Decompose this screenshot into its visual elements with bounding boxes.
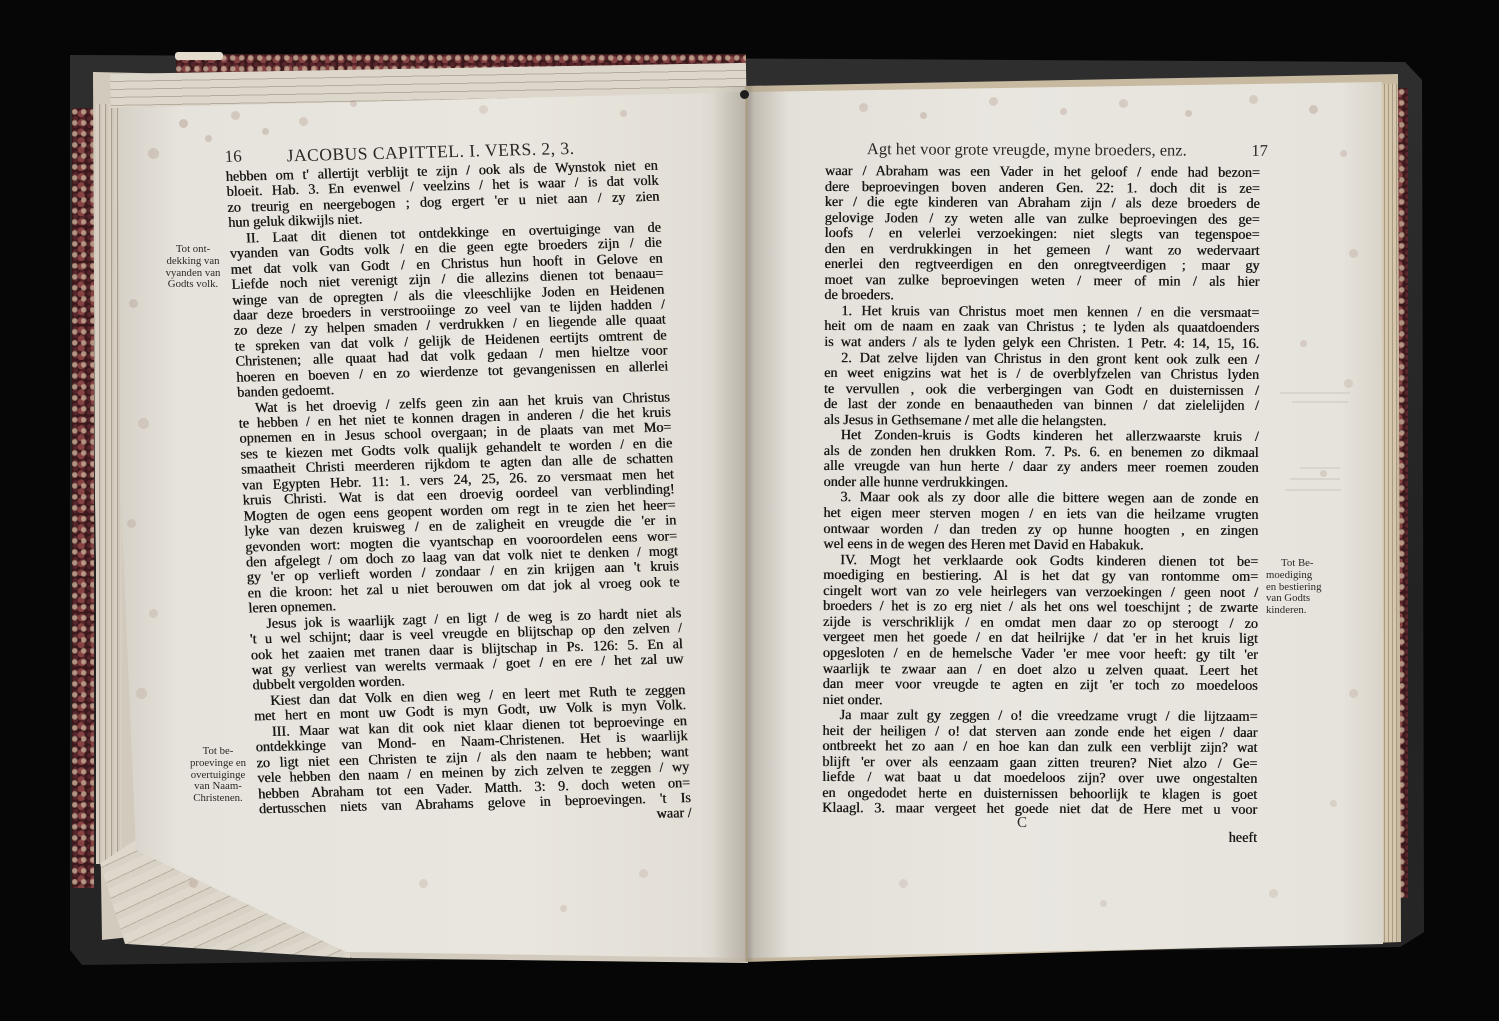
margin-note-line: dekking van [160, 256, 226, 268]
margin-note-line: proevinge en [182, 758, 254, 770]
margin-note: Tot Be- moediging en bestiering van Godt… [1266, 558, 1346, 617]
text-line: dan meer voor vreugde te agten en zijt '… [823, 677, 1258, 694]
catchword: heeft [822, 829, 1257, 846]
margin-note: Tot ont- dekking van vyanden van Godts v… [160, 244, 226, 291]
margin-note-line: kinderen. [1266, 605, 1346, 617]
margin-note: Tot be- proevinge en overtuiginge van Na… [182, 746, 254, 805]
book-gutter-shadow [712, 86, 786, 962]
foxing-spots [0, 0, 7, 7]
running-head: Agt het voor grote vreugde, myne broeder… [867, 134, 1187, 165]
page-number: 17 [1251, 136, 1268, 166]
right-page-edges [1381, 84, 1397, 942]
left-page-text-block: 16 JACOBUS CAPITTEL. I. VERS. 2, 3. hebb… [224, 133, 692, 833]
ink-spot [740, 90, 749, 99]
bleed-through-text [1285, 489, 1341, 491]
margin-note-line: Godts volk. [160, 279, 226, 291]
signature-mark: C [1017, 816, 1027, 831]
bleed-through-text [1300, 467, 1340, 469]
marbled-endpaper-left-edge [72, 108, 94, 888]
margin-note-line: Christenen. [182, 793, 254, 805]
margin-note-line: moediging [1266, 570, 1346, 582]
right-page-header: Agt het voor grote vreugde, myne broeder… [825, 134, 1260, 166]
bleed-through-text [1290, 478, 1340, 480]
signature-row: C [822, 817, 1257, 831]
bleed-through-text [1292, 401, 1348, 403]
right-page-text-block: Agt het voor grote vreugde, myne broeder… [822, 134, 1260, 846]
page-number: 16 [224, 144, 242, 170]
text-line: Klaagl. 3. maar vergeet het goede niet d… [822, 801, 1257, 818]
torn-paper-fragment [175, 52, 223, 60]
bleed-through-text [1280, 392, 1350, 394]
left-page-edges [96, 104, 122, 864]
